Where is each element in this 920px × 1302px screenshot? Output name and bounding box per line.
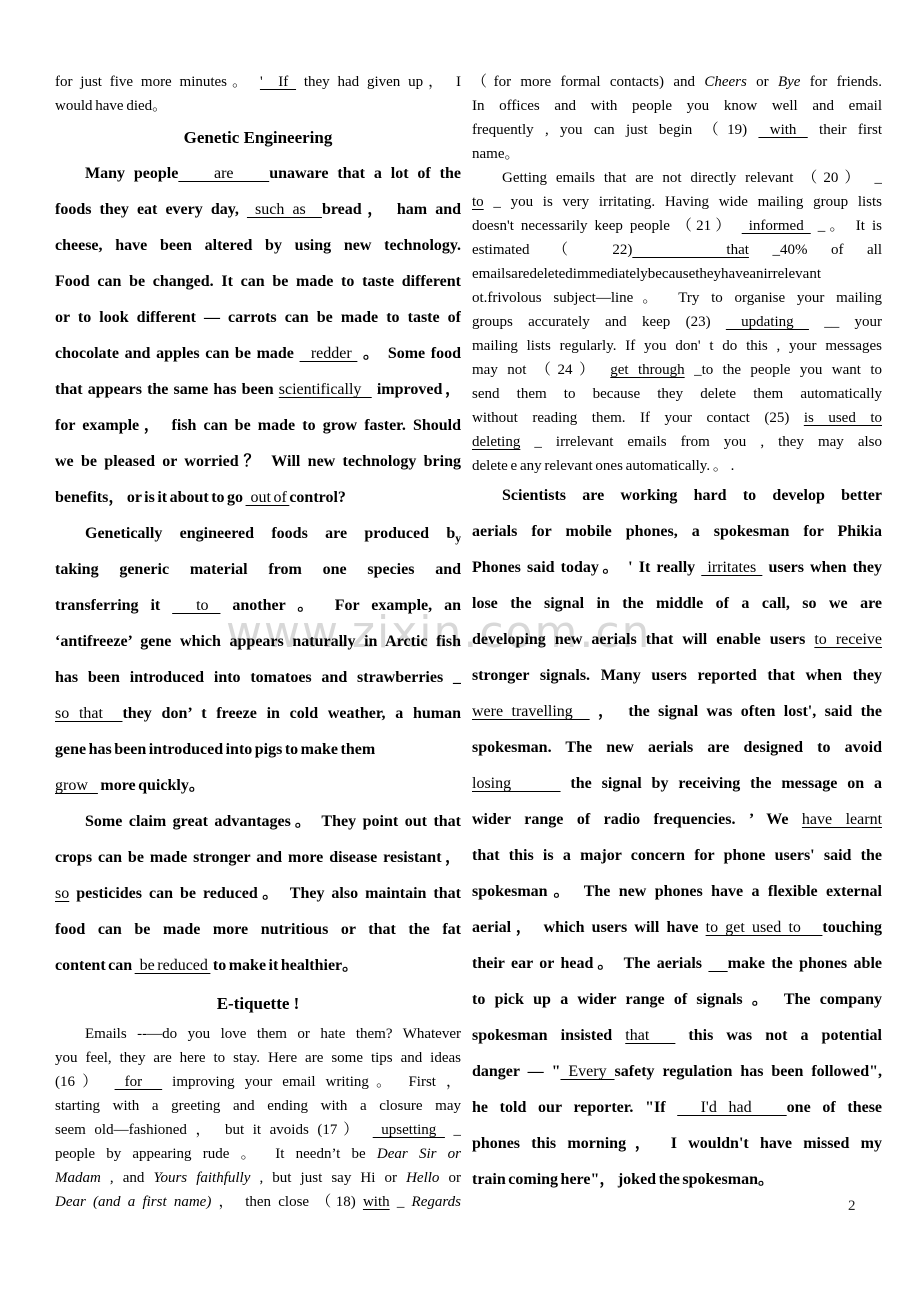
answer-blank: out of [246, 489, 290, 506]
text-line: would have died。 [55, 94, 461, 118]
text-segment: , but just say Hi or [250, 1170, 406, 1186]
text-segment: spokesman. The new aerials are designed … [472, 739, 882, 756]
answer-blank: get through [610, 362, 684, 378]
text-line: ot.frivolous subject—line。 Try to organi… [472, 286, 882, 310]
answer-blank: scientifically [279, 381, 372, 398]
text-segment: y [455, 533, 461, 545]
text-segment: or to look different — carrots can be ma… [55, 309, 461, 326]
answer-blank: grow [55, 777, 98, 794]
text-line: Madam , and Yours faithfully , but just … [55, 1166, 461, 1190]
text-segment: we be pleased or worried？ Will new techn… [55, 453, 461, 470]
text-segment: In offices and with people you know well… [472, 98, 882, 114]
text-segment: delete e any relevant ones automatically… [472, 458, 734, 474]
text-segment: they don’ t freeze in cold weather, a hu… [122, 705, 461, 722]
text-segment: you feel, they are here to stay. Here ar… [55, 1050, 461, 1066]
text-segment: their first [808, 122, 882, 138]
text-segment: improved， [372, 381, 461, 398]
text-segment: _to the people you want to [685, 362, 882, 378]
text-segment: food can be made more nutritious or that… [55, 921, 461, 938]
text-segment: Scientists are working hard to develop b… [502, 487, 882, 504]
text-line: chocolate and apples can be made redder … [55, 336, 461, 372]
text-segment: seem old—fashioned ， but it avoids (17） [55, 1122, 373, 1138]
text-segment: he told our reporter. "If [472, 1099, 677, 1116]
text-line: starting with a greeting and ending with… [55, 1094, 461, 1118]
text-line: In offices and with people you know well… [472, 94, 882, 118]
text-line: E-tiquette ! [55, 986, 461, 1022]
text-segment: or [747, 74, 778, 90]
text-line: Food can be changed. It can be made to t… [55, 264, 461, 300]
text-segment: may not （24） [472, 362, 610, 378]
text-segment: for friends. [800, 74, 882, 90]
text-segment: _ [445, 1122, 461, 1138]
text-line: for example， fish can be made to grow fa… [55, 408, 461, 444]
text-line: developing new aerials that will enable … [472, 622, 882, 658]
answer-blank: were travelling [472, 703, 590, 720]
text-line: may not （24） get through _to the people … [472, 358, 882, 382]
italic-text: Hello [406, 1170, 439, 1186]
text-segment: has been introduced into tomatoes and st… [55, 669, 461, 686]
answer-blank: for [115, 1074, 163, 1090]
answer-blank: have learnt [802, 811, 882, 828]
text-segment: Emails --—do you love them or hate them?… [85, 1026, 461, 1042]
text-segment: doesn't necessarily keep people （21） [472, 218, 742, 234]
text-line: groups accurately and keep (23) updating… [472, 310, 882, 334]
text-segment: Genetic Engineering [184, 128, 333, 147]
text-segment: this was not a potential [675, 1027, 882, 1044]
text-segment: Many people [85, 165, 178, 182]
phone-aerials-paragraph: Scientists are working hard to develop b… [472, 478, 882, 1198]
text-line: that appears the same has been scientifi… [55, 372, 461, 408]
answer-blank: Every [560, 1063, 614, 1080]
answer-blank: such as [247, 201, 322, 218]
text-segment: Genetically engineered foods are produce… [85, 525, 455, 542]
text-line: foods they eat every day, such as bread，… [55, 192, 461, 228]
text-segment: improving your email writing。 First ， [162, 1074, 461, 1090]
text-line: to pick up a wider range of signals 。 Th… [472, 982, 882, 1018]
text-line: without reading them. If your contact (2… [472, 406, 882, 430]
text-segment: control? [289, 489, 346, 506]
answer-blank: to get used to [706, 919, 823, 936]
text-segment: estimated （ 22) [472, 242, 632, 258]
text-line: aerials for mobile phones, a spokesman f… [472, 514, 882, 550]
text-line: food can be made more nutritious or that… [55, 912, 461, 948]
text-segment: aerials for mobile phones, a spokesman f… [472, 523, 882, 540]
text-segment: their ear or head。 The aerials [472, 955, 708, 972]
text-line: deleting _ irrelevant emails from you , … [472, 430, 882, 454]
text-line: stronger signals. Many users reported th… [472, 658, 882, 694]
text-line: name。 [472, 142, 882, 166]
text-line: so that they don’ t freeze in cold weath… [55, 696, 461, 732]
text-line: seem old—fashioned ， but it avoids (17） … [55, 1118, 461, 1142]
text-line: Scientists are working hard to develop b… [472, 478, 882, 514]
answer-blank [708, 955, 727, 972]
text-segment: they had given up， I [296, 74, 461, 90]
text-segment: cheese, have been altered by using new t… [55, 237, 461, 254]
text-segment: wider range of radio frequencies. ’ We [472, 811, 802, 828]
text-segment: content can [55, 957, 135, 974]
text-segment: , and [101, 1170, 154, 1186]
answer-blank: be reduced [135, 957, 211, 974]
text-segment: E-tiquette ! [217, 994, 300, 1013]
text-line: taking generic material from one species… [55, 552, 461, 588]
text-segment: for just five more minutes。 [55, 74, 260, 90]
text-segment: send them to because they delete them au… [472, 386, 882, 402]
section-heading-genetic-engineering: Genetic Engineering [55, 120, 461, 156]
text-line: losing the signal by receiving the messa… [472, 766, 882, 802]
text-segment: ot.frivolous subject—line。 Try to organi… [472, 290, 882, 306]
text-segment: users when they [762, 559, 882, 576]
document-page: www.zixin.com.cn for just five more minu… [0, 0, 920, 1302]
text-segment: to pick up a wider range of signals 。 Th… [472, 991, 882, 1008]
text-segment: (16） [55, 1074, 115, 1090]
answer-blank: losing [472, 775, 561, 792]
text-line: estimated （ 22) that _40% of all [472, 238, 882, 262]
text-segment: （for more formal contacts) and [472, 74, 704, 90]
text-line: or to look different — carrots can be ma… [55, 300, 461, 336]
text-line: cheese, have been altered by using new t… [55, 228, 461, 264]
text-line: you feel, they are here to stay. Here ar… [55, 1046, 461, 1070]
text-line: gene has been introduced into pigs to ma… [55, 732, 461, 768]
italic-text: Cheers [704, 74, 747, 90]
text-line: (16） for improving your email writing。 F… [55, 1070, 461, 1094]
text-segment: gene has been introduced into pigs to ma… [55, 741, 375, 758]
text-line: crops can be made stronger and more dise… [55, 840, 461, 876]
text-segment: _ [390, 1194, 412, 1210]
text-segment: foods they eat every day, [55, 201, 247, 218]
text-line: Dear (and a first name) ， then close （18… [55, 1190, 461, 1214]
text-segment: that appears the same has been [55, 381, 279, 398]
page-number: 2 [848, 1198, 856, 1215]
text-line: delete e any relevant ones automatically… [472, 454, 882, 478]
text-segment: that this is a major concern for phone u… [472, 847, 882, 864]
italic-text: Bye [778, 74, 800, 90]
text-line: to _ you is very irritating. Having wide… [472, 190, 882, 214]
text-segment: touching [822, 919, 882, 936]
text-segment: name。 [472, 146, 519, 162]
intro-paragraph: for just five more minutes。 ' If they ha… [55, 70, 461, 118]
genetic-paragraph-3: Some claim great advantages。 They point … [55, 804, 461, 984]
text-segment: danger — " [472, 1063, 560, 1080]
text-line: transferring it to another 。 For example… [55, 588, 461, 624]
answer-blank: is used to [804, 410, 882, 426]
answer-blank: with [758, 122, 807, 138]
etiquette-paragraph-continued: （for more formal contacts) and Cheers or… [472, 70, 882, 166]
answer-blank: irritates [701, 559, 762, 576]
text-line: danger — " Every safety regulation has b… [472, 1054, 882, 1090]
text-line: spokesman insisted that this was not a p… [472, 1018, 882, 1054]
text-segment: stronger signals. Many users reported th… [472, 667, 882, 684]
text-line: grow more quickly。 [55, 768, 461, 804]
text-line: frequently , you can just begin （19) wit… [472, 118, 882, 142]
text-segment: developing new aerials that will enable … [472, 631, 814, 648]
text-segment: emailsaredeletedimmediatelybecausetheyha… [472, 266, 821, 282]
answer-blank: to [472, 194, 484, 210]
text-segment: without reading them. If your contact (2… [472, 410, 804, 426]
text-segment: Getting emails that are not directly rel… [502, 170, 882, 186]
text-segment: lose the signal in the middle of a call,… [472, 595, 882, 612]
text-segment: pesticides can be reduced。 They also mai… [69, 885, 461, 902]
text-line: wider range of radio frequencies. ’ We h… [472, 802, 882, 838]
text-segment: taking generic material from one species… [55, 561, 461, 578]
italic-text: Regards [412, 1194, 461, 1210]
text-segment: train coming here"， joked the spokesman。 [472, 1171, 774, 1188]
text-segment: to make it healthier。 [210, 957, 358, 974]
text-segment: starting with a greeting and ending with… [55, 1098, 461, 1114]
text-line: ‘antifreeze’ gene which appears naturall… [55, 624, 461, 660]
text-segment: one of these [787, 1099, 882, 1116]
text-line: Getting emails that are not directly rel… [472, 166, 882, 190]
etiquette-paragraph: Emails --—do you love them or hate them?… [55, 1022, 461, 1214]
text-line: so pesticides can be reduced。 They also … [55, 876, 461, 912]
email-relevance-paragraph: Getting emails that are not directly rel… [472, 166, 882, 478]
text-segment: ‘antifreeze’ gene which appears naturall… [55, 633, 461, 650]
text-segment: for example， fish can be made to grow fa… [55, 417, 461, 434]
text-segment: aerial， which users will have [472, 919, 706, 936]
text-segment: another 。 For example, an [220, 597, 461, 614]
answer-blank: upsetting [373, 1122, 445, 1138]
genetic-paragraph-2: Genetically engineered foods are produce… [55, 516, 461, 804]
text-segment: would have died。 [55, 98, 167, 114]
left-column: for just five more minutes。 ' If they ha… [55, 70, 461, 1214]
text-line: send them to because they delete them au… [472, 382, 882, 406]
text-line: Genetically engineered foods are produce… [55, 516, 461, 552]
text-line: were travelling ， the signal was often l… [472, 694, 882, 730]
text-segment: or [439, 1170, 461, 1186]
text-segment: Some claim great advantages。 They point … [85, 813, 461, 830]
text-line: （for more formal contacts) and Cheers or… [472, 70, 882, 94]
text-line: Some claim great advantages。 They point … [55, 804, 461, 840]
text-line: emailsaredeletedimmediatelybecausetheyha… [472, 262, 882, 286]
text-line: train coming here"， joked the spokesman。 [472, 1162, 882, 1198]
text-segment: make the phones able [728, 955, 882, 972]
text-line: for just five more minutes。 ' If they ha… [55, 70, 461, 94]
text-segment: groups accurately and keep (23) [472, 314, 726, 330]
text-line: Phones said today。 ' It really irritates… [472, 550, 882, 586]
text-segment: ， the signal was often lost', said the [590, 703, 882, 720]
text-line: spokesman。 The new phones have a flexibl… [472, 874, 882, 910]
text-line: their ear or head。 The aerials make the … [472, 946, 882, 982]
text-segment: Food can be changed. It can be made to t… [55, 273, 461, 290]
text-segment: spokesman。 The new phones have a flexibl… [472, 883, 882, 900]
text-line: Emails --—do you love them or hate them?… [55, 1022, 461, 1046]
text-segment: people by appearing rude 。 It needn’t be [55, 1146, 377, 1162]
answer-blank: that [632, 242, 749, 258]
text-segment: _。 It is [811, 218, 882, 234]
text-segment: 。 Some food [357, 345, 461, 362]
answer-blank: to receive [814, 631, 882, 648]
answer-blank: that [625, 1027, 675, 1044]
text-segment: _ you is very irritating. Having wide ma… [484, 194, 882, 210]
text-segment: bread， ham and [322, 201, 461, 218]
text-segment: crops can be made stronger and more dise… [55, 849, 461, 866]
text-line: phones this morning， I wouldn't have mis… [472, 1126, 882, 1162]
text-segment: mailing lists regularly. If you don' t d… [472, 338, 882, 354]
text-line: lose the signal in the middle of a call,… [472, 586, 882, 622]
answer-blank: updating [726, 314, 809, 330]
text-line: content can be reduced to make it health… [55, 948, 461, 984]
text-segment: _ irrelevant emails from you , they may … [520, 434, 882, 450]
answer-blank: I'd had [677, 1099, 786, 1116]
genetic-paragraph-1: Many people are unaware that a lot of th… [55, 156, 461, 516]
right-column: （for more formal contacts) and Cheers or… [472, 70, 882, 1198]
text-line: Many people are unaware that a lot of th… [55, 156, 461, 192]
text-segment: transferring it [55, 597, 172, 614]
text-segment: ， then close （18) [211, 1194, 363, 1210]
text-segment: unaware that a lot of the [269, 165, 461, 182]
italic-text: Madam [55, 1170, 101, 1186]
text-segment: phones this morning， I wouldn't have mis… [472, 1135, 882, 1152]
italic-text: Dear (and a first name) [55, 1194, 211, 1210]
text-line: doesn't necessarily keep people （21） inf… [472, 214, 882, 238]
answer-blank: so [55, 885, 69, 902]
text-line: people by appearing rude 。 It needn’t be… [55, 1142, 461, 1166]
text-line: we be pleased or worried？ Will new techn… [55, 444, 461, 480]
text-segment: more quickly。 [98, 777, 205, 794]
text-segment: __ your [809, 314, 882, 330]
text-segment: _40% of all [749, 242, 882, 258]
text-segment: Phones said today。 ' It really [472, 559, 701, 576]
answer-blank: to [172, 597, 220, 614]
answer-blank: ' If [260, 74, 296, 90]
text-segment: frequently , you can just begin （19) [472, 122, 758, 138]
text-segment: benefits， or is it about to go [55, 489, 246, 506]
text-line: mailing lists regularly. If you don' t d… [472, 334, 882, 358]
answer-blank: redder [300, 345, 358, 362]
text-line: he told our reporter. "If I'd had one of… [472, 1090, 882, 1126]
text-line: spokesman. The new aerials are designed … [472, 730, 882, 766]
answer-blank: so that [55, 705, 122, 722]
italic-text: Yours faithfully [154, 1170, 251, 1186]
text-line: that this is a major concern for phone u… [472, 838, 882, 874]
answer-blank: with [363, 1194, 390, 1210]
text-line: aerial， which users will have to get use… [472, 910, 882, 946]
answer-blank: informed [742, 218, 811, 234]
text-line: benefits， or is it about to go out of co… [55, 480, 461, 516]
text-line: has been introduced into tomatoes and st… [55, 660, 461, 696]
text-segment: spokesman insisted [472, 1027, 625, 1044]
text-line: Genetic Engineering [55, 120, 461, 156]
text-segment: chocolate and apples can be made [55, 345, 300, 362]
section-heading-etiquette: E-tiquette ! [55, 986, 461, 1022]
text-segment: the signal by receiving the message on a [561, 775, 882, 792]
text-segment: safety regulation has been followed", [615, 1063, 882, 1080]
italic-text: Dear Sir or [377, 1146, 461, 1162]
answer-blank: are [178, 165, 269, 182]
answer-blank: deleting [472, 434, 520, 450]
